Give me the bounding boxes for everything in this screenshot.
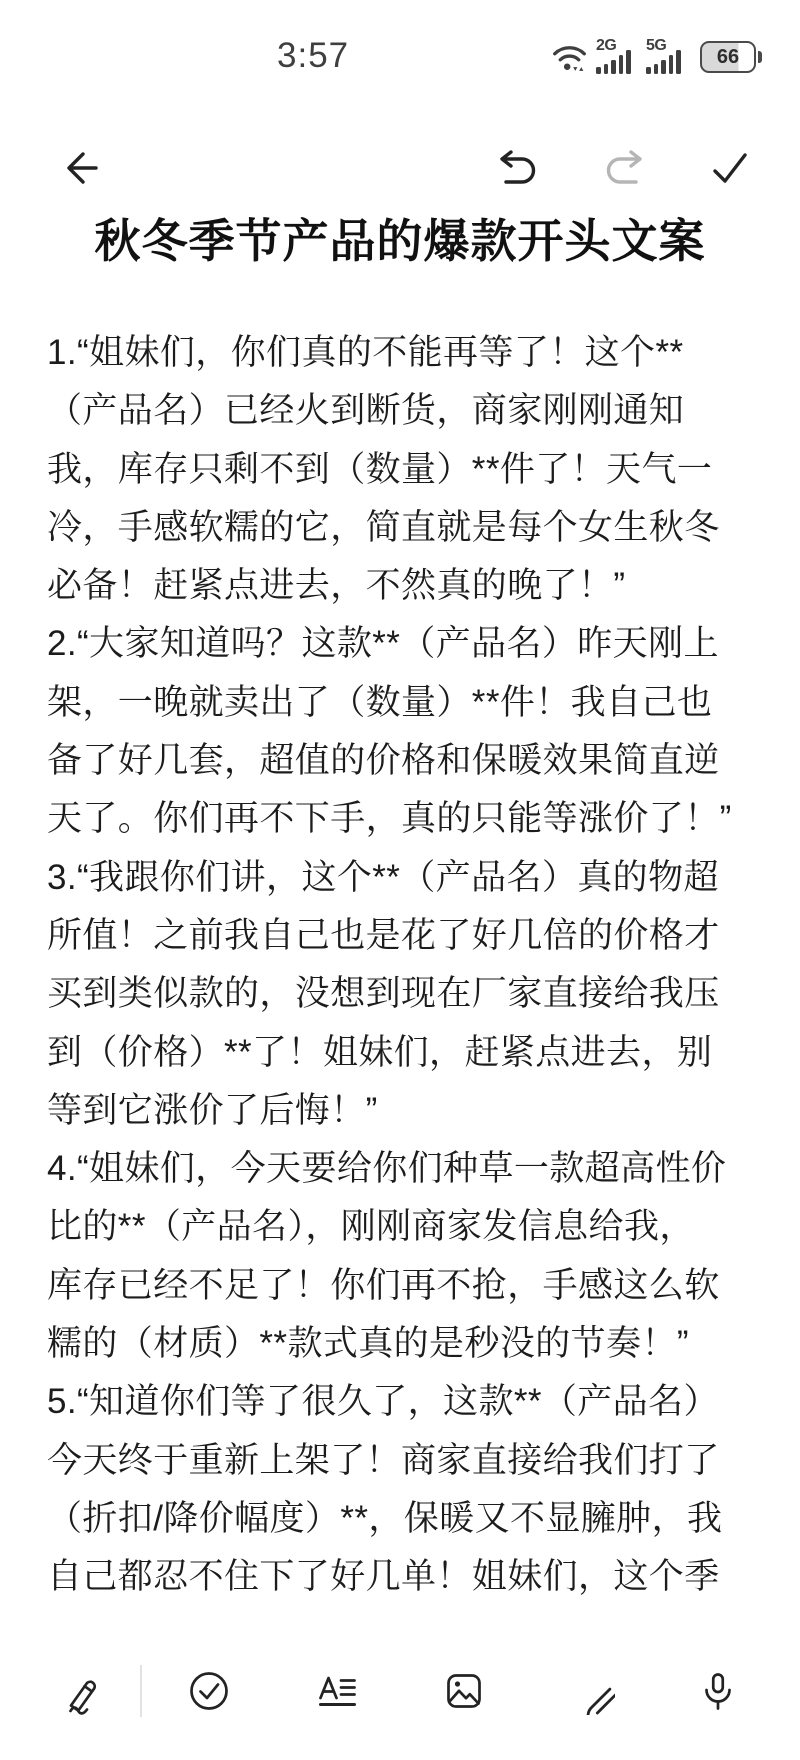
todo-check-button[interactable] [185, 1667, 233, 1715]
text-format-button[interactable] [312, 1667, 360, 1715]
note-text-line: 备了好几套，超值的价格和保暖效果简直逆 [47, 732, 760, 790]
battery-icon: 66 [700, 41, 756, 73]
handwriting-button[interactable] [58, 1667, 106, 1715]
attachment-paperclip-icon [567, 1667, 615, 1715]
insert-image-button[interactable] [440, 1667, 488, 1715]
note-text-line: 必备！赶紧点进去，不然真的晚了！” [47, 557, 760, 615]
note-title[interactable]: 秋冬季节产品的爆款开头文案 [0, 212, 800, 270]
battery-percent: 66 [717, 46, 739, 69]
note-text-line: 我，库存只剩不到（数量）**件了！天气一 [47, 441, 760, 499]
text-format-icon [312, 1667, 360, 1715]
note-text-line: 5.“知道你们等了很久了，这款**（产品名） [47, 1373, 760, 1431]
note-editor-screen: { "status_bar": { "time": "3:57", "sim1_… [0, 0, 800, 1760]
note-text-line: 等到它涨价了后悔！” [47, 1082, 760, 1140]
note-text-line: 3.“我跟你们讲，这个**（产品名）真的物超 [47, 849, 760, 907]
note-text-line: 今天终于重新上架了！商家直接给我们打了 [47, 1432, 760, 1490]
signal-bars-icon [646, 50, 681, 74]
signal-bars-icon [596, 50, 631, 74]
undo-icon [496, 146, 540, 190]
note-text-line: 库存已经不足了！你们再不抢，手感这么软 [47, 1257, 760, 1315]
back-arrow-icon [59, 146, 103, 190]
handwriting-pen-icon [58, 1667, 106, 1715]
back-button[interactable] [58, 145, 104, 191]
note-text-line: 冷，手感软糯的它，简直就是每个女生秋冬 [47, 499, 760, 557]
note-text-line: 买到类似款的，没想到现在厂家直接给我压 [47, 965, 760, 1023]
voice-input-button[interactable] [694, 1667, 742, 1715]
status-icons: 2G 5G 66 [551, 40, 756, 74]
signal-bars-sim2: 5G [646, 41, 688, 74]
note-text-line: 到（价格）**了！姐妹们，赶紧点进去，别 [47, 1024, 760, 1082]
attachment-button[interactable] [567, 1667, 615, 1715]
image-icon [440, 1667, 488, 1715]
status-bar: 3:57 2G 5G 66 [0, 0, 800, 100]
note-text-line: （产品名）已经火到断货，商家刚刚通知 [47, 382, 760, 440]
note-text-line: （折扣/降价幅度）**，保暖又不显臃肿，我 [47, 1490, 760, 1548]
wifi-icon [551, 40, 588, 74]
redo-icon [602, 146, 646, 190]
note-text-line: 4.“姐妹们，今天要给你们种草一款超高性价 [47, 1140, 760, 1198]
note-text-line: 2.“大家知道吗？这款**（产品名）昨天刚上 [47, 615, 760, 673]
note-text-line: 1.“姐妹们，你们真的不能再等了！这个** [47, 324, 760, 382]
editor-toolbar [0, 1660, 800, 1722]
note-text-line: 自己都忍不住下了好几单！姐妹们，这个季 [47, 1548, 760, 1606]
note-text-line: 糯的（材质）**款式真的是秒没的节奏！” [47, 1315, 760, 1373]
note-text-line: 天了。你们再不下手，真的只能等涨价了！” [47, 790, 760, 848]
confirm-button[interactable] [707, 145, 753, 191]
toolbar-divider [140, 1665, 142, 1717]
editor-nav-bar [0, 128, 800, 208]
signal-bars-sim1: 2G [596, 41, 638, 74]
status-time: 3:57 [277, 36, 349, 76]
todo-check-circle-icon [185, 1667, 233, 1715]
confirm-check-icon [708, 146, 752, 190]
note-text-line: 比的**（产品名），刚刚商家发信息给我， [47, 1198, 760, 1256]
redo-button[interactable] [601, 145, 647, 191]
microphone-icon [694, 1667, 742, 1715]
note-text-line: 所值！之前我自己也是花了好几倍的价格才 [47, 907, 760, 965]
undo-button[interactable] [495, 145, 541, 191]
note-text-line: 架，一晚就卖出了（数量）**件！我自己也 [47, 674, 760, 732]
note-body[interactable]: 1.“姐妹们，你们真的不能再等了！这个**（产品名）已经火到断货，商家刚刚通知我… [47, 324, 760, 1607]
